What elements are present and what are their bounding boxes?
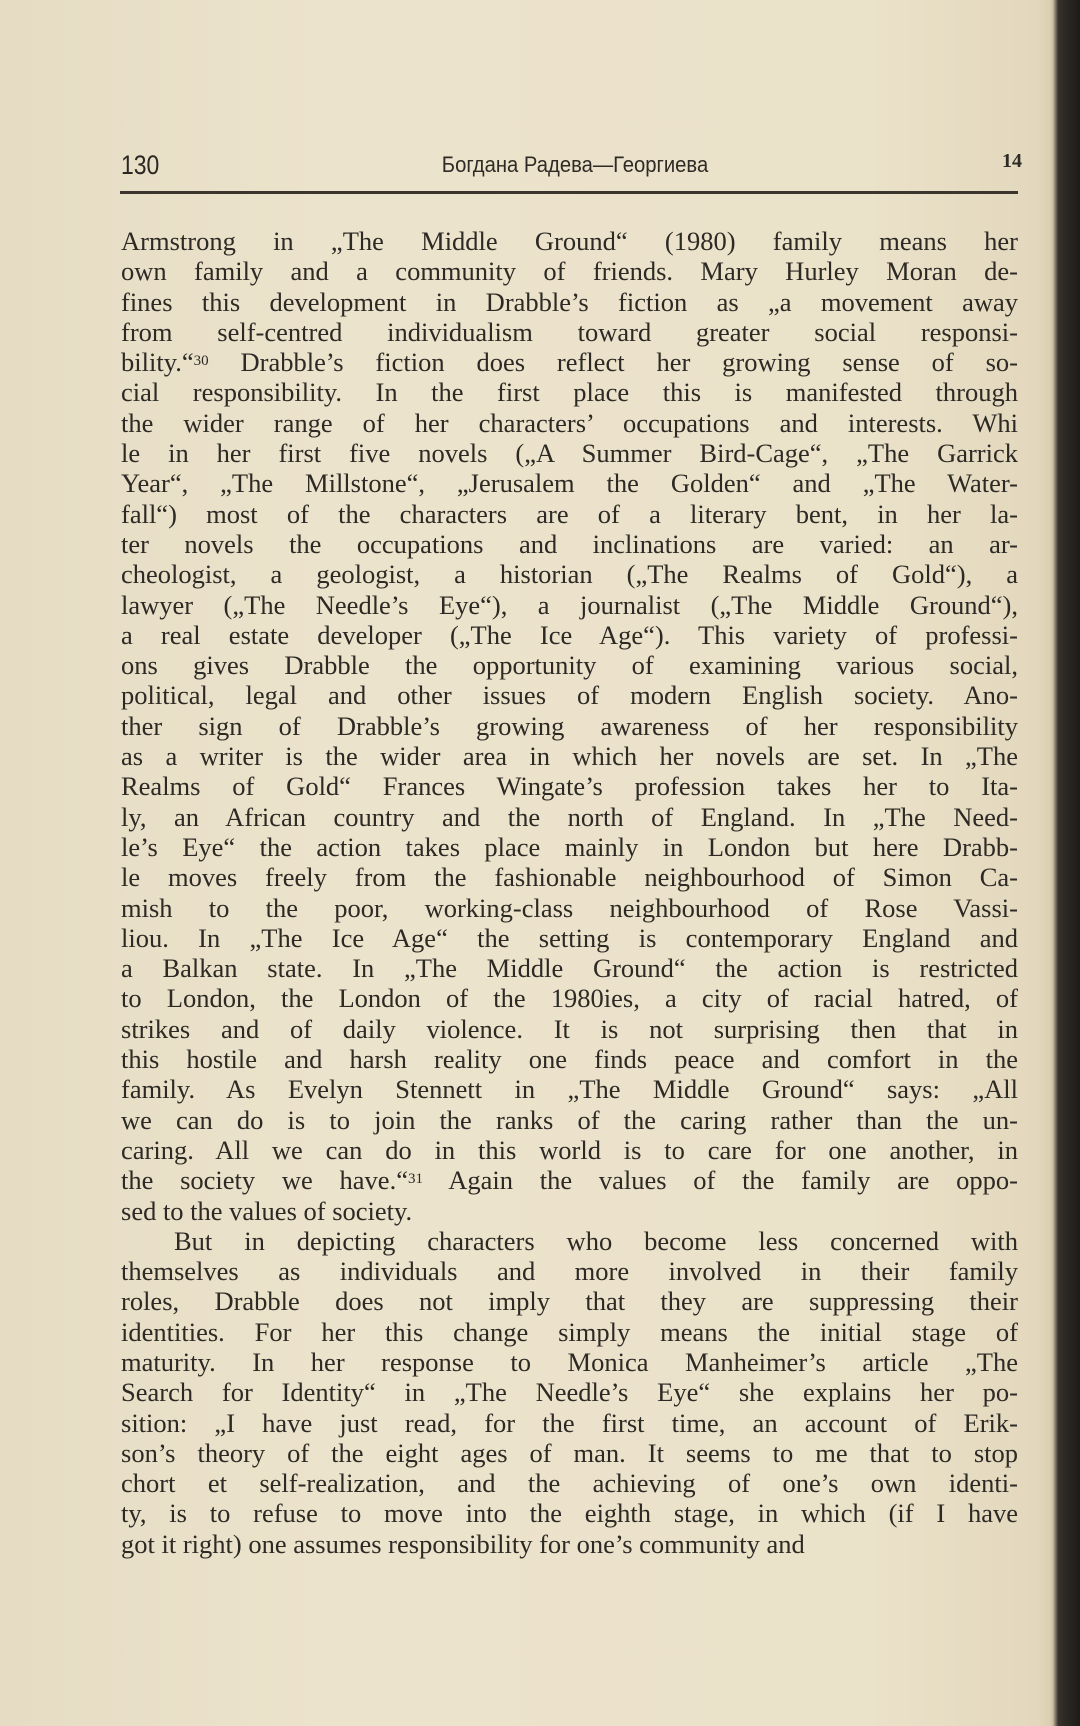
footnote-ref: 30 xyxy=(194,353,209,369)
text-line-content: cheologist, a geologist, a historian („T… xyxy=(121,559,1018,589)
text-line-content: as a writer is the wider area in which h… xyxy=(121,741,1018,771)
text-line-content: Realms of Gold“ Frances Wingate’s profes… xyxy=(121,771,1018,801)
text-line-content: ter novels the occupations and inclinati… xyxy=(121,529,1018,559)
text-line: ons gives Drabble the opportunity of exa… xyxy=(121,650,1018,680)
text-line: we can do is to join the ranks of the ca… xyxy=(121,1105,1018,1135)
running-title: Богдана Радева—Георгиева xyxy=(156,152,993,178)
text-line-content: family. As Evelyn Stennett in „The Middl… xyxy=(121,1074,1018,1104)
text-line-content: le in her first five novels („A Summer B… xyxy=(121,438,1018,468)
text-line: Armstrong in „The Middle Ground“ (1980) … xyxy=(121,226,1018,256)
text-line-content: lawyer („The Needle’s Eye“), a journalis… xyxy=(121,590,1018,620)
text-line-content: this hostile and harsh reality one finds… xyxy=(121,1044,1018,1074)
text-line: a Balkan state. In „The Middle Ground“ t… xyxy=(121,953,1018,983)
text-line-continuation: Again the values of the family are oppo- xyxy=(423,1165,1018,1195)
text-line-content: mish to the poor, working-class neighbou… xyxy=(121,893,1018,923)
text-line-content: the wider range of her characters’ occup… xyxy=(121,408,1018,438)
header-right-mark: 14 xyxy=(1002,150,1022,173)
text-line: sition: „I have just read, for the first… xyxy=(121,1408,1018,1438)
text-line: liou. In „The Ice Age“ the setting is co… xyxy=(121,923,1018,953)
text-line-content: the society we have.“ xyxy=(121,1165,408,1195)
text-line: Realms of Gold“ Frances Wingate’s profes… xyxy=(121,771,1018,801)
text-line: ly, an African country and the north of … xyxy=(121,802,1018,832)
body-text: Armstrong in „The Middle Ground“ (1980) … xyxy=(121,226,1018,1559)
text-line: son’s theory of the eight ages of man. I… xyxy=(121,1438,1018,1468)
text-line-content: ther sign of Drabble’s growing awareness… xyxy=(121,711,1018,741)
text-line-content: Armstrong in „The Middle Ground“ (1980) … xyxy=(121,226,1018,256)
text-line-content: from self-centred individualism toward g… xyxy=(121,317,1018,347)
text-line: a real estate developer („The Ice Age“).… xyxy=(121,620,1018,650)
text-line: from self-centred individualism toward g… xyxy=(121,317,1018,347)
page-header: 130 Богдана Радева—Георгиева 14 xyxy=(120,146,1018,186)
text-line: le moves freely from the fashionable nei… xyxy=(121,862,1018,892)
text-line: cial responsibility. In the first place … xyxy=(121,377,1018,407)
text-line: sed to the values of society. xyxy=(121,1196,1018,1226)
text-line-content: own family and a community of friends. M… xyxy=(121,256,1018,286)
text-line: own family and a community of friends. M… xyxy=(121,256,1018,286)
text-line-content: sed to the values of society. xyxy=(121,1196,412,1226)
text-line-content: identities. For her this change simply m… xyxy=(121,1317,1018,1347)
text-line: maturity. In her response to Monica Manh… xyxy=(121,1347,1018,1377)
text-line: roles, Drabble does not imply that they … xyxy=(121,1286,1018,1316)
book-gutter-edge xyxy=(1050,0,1080,1726)
text-line-content: Search for Identity“ in „The Needle’s Ey… xyxy=(121,1377,1018,1407)
text-line: strikes and of daily violence. It is not… xyxy=(121,1014,1018,1044)
text-line: Search for Identity“ in „The Needle’s Ey… xyxy=(121,1377,1018,1407)
text-line: family. As Evelyn Stennett in „The Middl… xyxy=(121,1074,1018,1104)
text-line: to London, the London of the 1980ies, a … xyxy=(121,983,1018,1013)
text-line-content: to London, the London of the 1980ies, a … xyxy=(121,983,1018,1013)
text-line-content: le moves freely from the fashionable nei… xyxy=(121,862,1018,892)
text-line: cheologist, a geologist, a historian („T… xyxy=(121,559,1018,589)
text-line-content: fall“) most of the characters are of a l… xyxy=(121,499,1018,529)
text-line-content: chort et self-realization, and the achie… xyxy=(121,1468,1018,1498)
text-line-content: we can do is to join the ranks of the ca… xyxy=(121,1105,1018,1135)
text-line: bility.“30 Drabble’s fiction does reflec… xyxy=(121,347,1018,377)
text-line: But in depicting characters who become l… xyxy=(121,1226,1018,1256)
text-line-content: themselves as individuals and more invol… xyxy=(121,1256,1018,1286)
text-line: ter novels the occupations and inclinati… xyxy=(121,529,1018,559)
text-line: got it right) one assumes responsibility… xyxy=(121,1529,1018,1559)
text-line: themselves as individuals and more invol… xyxy=(121,1256,1018,1286)
text-line-content: a real estate developer („The Ice Age“).… xyxy=(121,620,1018,650)
text-line: ther sign of Drabble’s growing awareness… xyxy=(121,711,1018,741)
text-line-content: liou. In „The Ice Age“ the setting is co… xyxy=(121,923,1018,953)
header-rule xyxy=(120,191,1018,194)
text-line: le’s Eye“ the action takes place mainly … xyxy=(121,832,1018,862)
text-line: chort et self-realization, and the achie… xyxy=(121,1468,1018,1498)
text-line: the wider range of her characters’ occup… xyxy=(121,408,1018,438)
text-line-content: maturity. In her response to Monica Manh… xyxy=(121,1347,1018,1377)
text-line: the society we have.“31 Again the values… xyxy=(121,1165,1018,1195)
text-line-content: political, legal and other issues of mod… xyxy=(121,680,1018,710)
text-line-content: bility.“ xyxy=(121,347,194,377)
text-line: caring. All we can do in this world is t… xyxy=(121,1135,1018,1165)
text-line: fall“) most of the characters are of a l… xyxy=(121,499,1018,529)
text-line: le in her first five novels („A Summer B… xyxy=(121,438,1018,468)
text-line-content: son’s theory of the eight ages of man. I… xyxy=(121,1438,1018,1468)
footnote-ref: 31 xyxy=(408,1171,423,1187)
text-line: Year“, „The Millstone“, „Jerusalem the G… xyxy=(121,468,1018,498)
text-line-content: a Balkan state. In „The Middle Ground“ t… xyxy=(121,953,1018,983)
text-line-continuation: Drabble’s fiction does reflect her growi… xyxy=(209,347,1018,377)
text-line-content: strikes and of daily violence. It is not… xyxy=(121,1014,1018,1044)
text-line-content: roles, Drabble does not imply that they … xyxy=(121,1286,1018,1316)
text-line: mish to the poor, working-class neighbou… xyxy=(121,893,1018,923)
text-line-content: fines this development in Drabble’s fict… xyxy=(121,287,1018,317)
text-line: as a writer is the wider area in which h… xyxy=(121,741,1018,771)
text-line-content: ty, is to refuse to move into the eighth… xyxy=(121,1498,1018,1528)
text-line: ty, is to refuse to move into the eighth… xyxy=(121,1498,1018,1528)
text-line: this hostile and harsh reality one finds… xyxy=(121,1044,1018,1074)
text-line: political, legal and other issues of mod… xyxy=(121,680,1018,710)
text-line: lawyer („The Needle’s Eye“), a journalis… xyxy=(121,590,1018,620)
text-line: fines this development in Drabble’s fict… xyxy=(121,287,1018,317)
text-line-content: le’s Eye“ the action takes place mainly … xyxy=(121,832,1018,862)
text-line-content: sition: „I have just read, for the first… xyxy=(121,1408,1018,1438)
text-line-content: caring. All we can do in this world is t… xyxy=(121,1135,1018,1165)
text-line-content: cial responsibility. In the first place … xyxy=(121,377,1018,407)
text-line-content: Year“, „The Millstone“, „Jerusalem the G… xyxy=(121,468,1018,498)
text-line-content: got it right) one assumes responsibility… xyxy=(121,1529,805,1559)
text-line-content: ly, an African country and the north of … xyxy=(121,802,1018,832)
text-line-content: But in depicting characters who become l… xyxy=(174,1226,1018,1256)
page-number: 130 xyxy=(121,150,159,181)
text-line: identities. For her this change simply m… xyxy=(121,1317,1018,1347)
text-line-content: ons gives Drabble the opportunity of exa… xyxy=(121,650,1018,680)
